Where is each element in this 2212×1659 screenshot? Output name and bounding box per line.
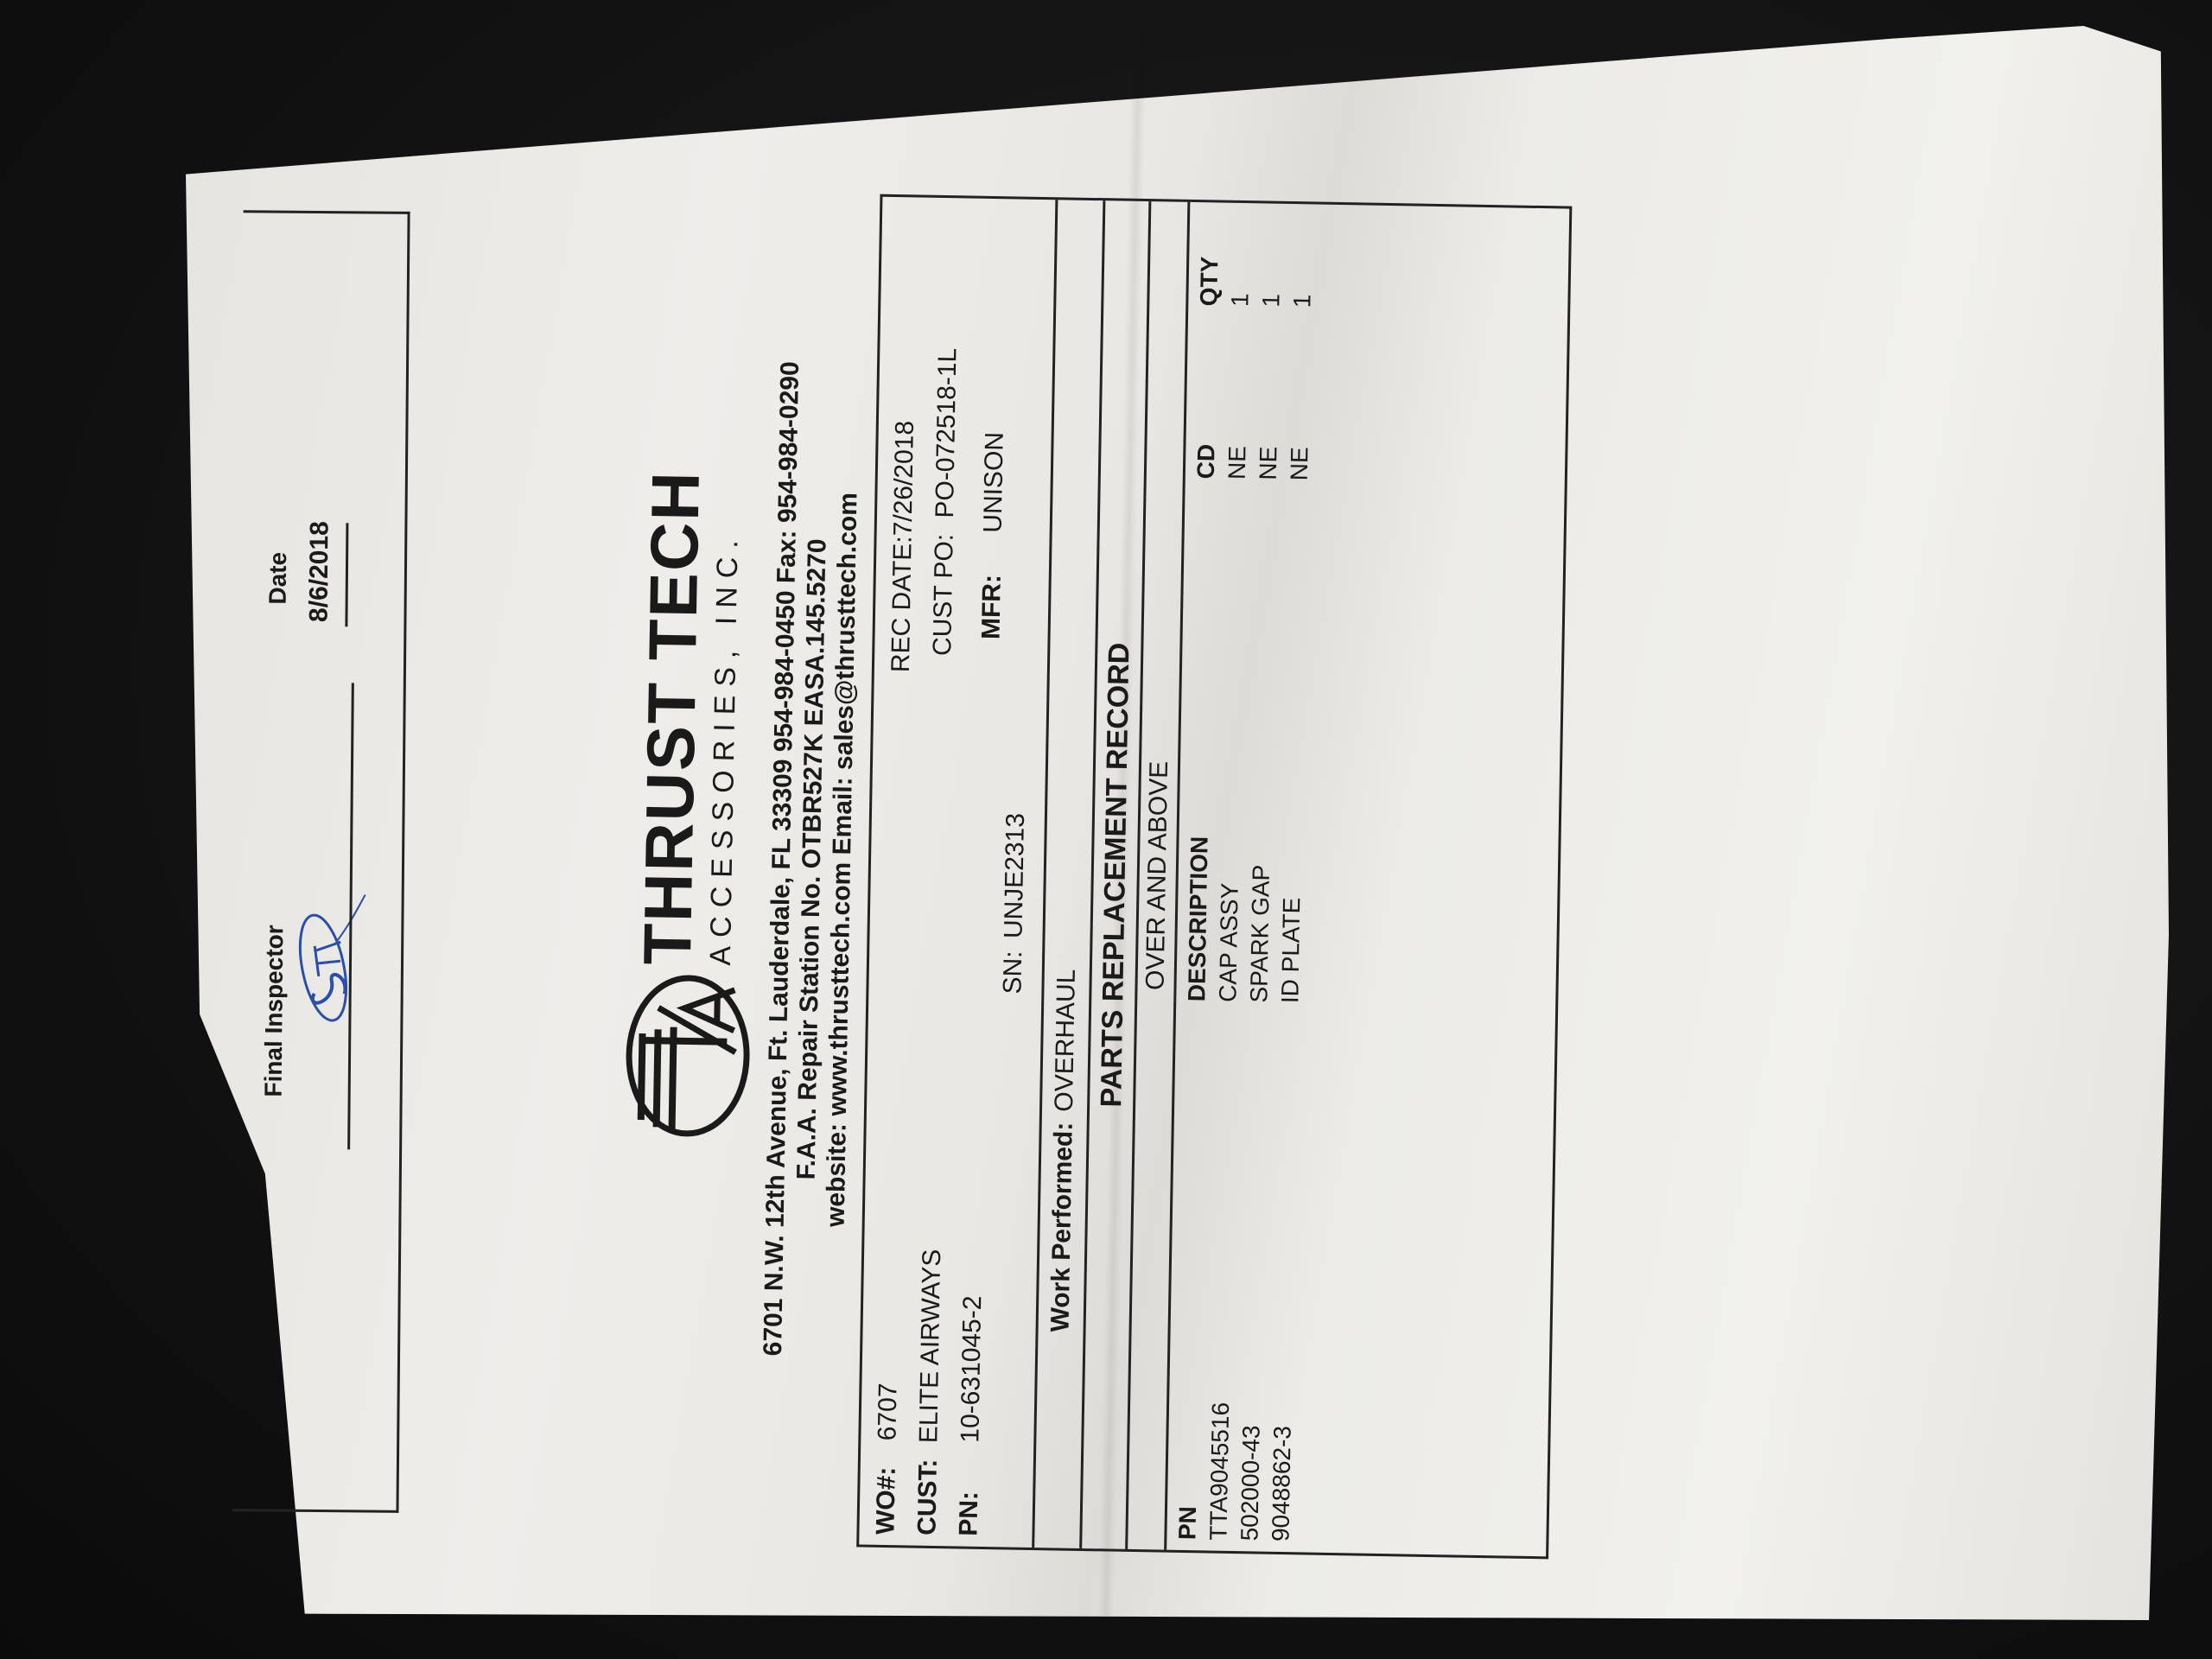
- table-cell: TTA9045516: [1203, 1402, 1236, 1541]
- company-address-block: 6701 N.W. 12th Avenue, Ft. Lauderdale, F…: [754, 172, 869, 1548]
- table-cell: 1: [1224, 257, 1256, 307]
- parts-column-qty: QTY 1 1 1: [1193, 256, 1319, 308]
- table-cell: 502000-43: [1234, 1402, 1268, 1541]
- rec-date-field: REC DATE:7/26/2018: [887, 421, 920, 673]
- table-cell: SPARK GAP: [1243, 837, 1277, 1003]
- table-cell: 1: [1255, 257, 1287, 308]
- column-header: QTY: [1193, 256, 1225, 306]
- customer-field: CUST: ELITE AIRWAYS: [912, 1249, 947, 1535]
- company-name: THRUST TECH: [633, 470, 709, 966]
- table-cell: NE: [1253, 445, 1285, 480]
- work-order-info: WO#: 6707 CUST: ELITE AIRWAYS PN: 10-631…: [859, 197, 1058, 1548]
- form-body: WO#: 6707 CUST: ELITE AIRWAYS PN: 10-631…: [856, 194, 1572, 1560]
- parts-column-pn: PN TTA9045516 502000-43 9048862-3: [1172, 1402, 1299, 1541]
- handwritten-signature-icon: [288, 890, 366, 1029]
- work-order-form: THRUST TECH ACCESSORIES, INC. 6701 N.W. …: [606, 169, 1572, 1560]
- letterhead: THRUST TECH ACCESSORIES, INC. 6701 N.W. …: [606, 169, 880, 1548]
- final-inspector-label: Final Inspector: [260, 925, 289, 1096]
- column-header: DESCRIPTION: [1181, 836, 1215, 1002]
- parts-column-cd: CD NE NE NE: [1191, 444, 1316, 481]
- company-brand: THRUST TECH ACCESSORIES, INC.: [633, 470, 747, 966]
- table-cell: NE: [1222, 444, 1254, 480]
- table-cell: 9048862-3: [1265, 1403, 1299, 1541]
- manufacturer-field: MFR: UNISON: [977, 432, 1010, 640]
- wo-number-field: WO#: 6707: [871, 1382, 903, 1535]
- table-cell: ID PLATE: [1274, 837, 1308, 1003]
- date-label: Date: [264, 552, 293, 605]
- parts-table: PN TTA9045516 502000-43 9048862-3 DESCRI…: [1166, 202, 1570, 1556]
- table-cell: NE: [1284, 445, 1316, 480]
- column-header: PN: [1172, 1402, 1205, 1540]
- cust-po-field: CUST PO: PO-072518-1L: [928, 347, 963, 656]
- parts-column-description: DESCRIPTION CAP ASSY SPARK GAP ID PLATE: [1181, 836, 1308, 1004]
- table-cell: 1: [1287, 257, 1319, 308]
- serial-number-field: SN: UNJE2313: [998, 813, 1031, 995]
- table-cell: CAP ASSY: [1212, 836, 1246, 1002]
- signoff-block: Final Inspector Date 8/6/2018: [232, 215, 407, 1513]
- part-number-field: PN: 10-631045-2: [954, 1295, 988, 1536]
- signoff-box: [232, 210, 410, 1513]
- tta-logo-icon: [621, 973, 753, 1140]
- column-header: CD: [1191, 444, 1223, 480]
- date-value: 8/6/2018: [304, 521, 334, 622]
